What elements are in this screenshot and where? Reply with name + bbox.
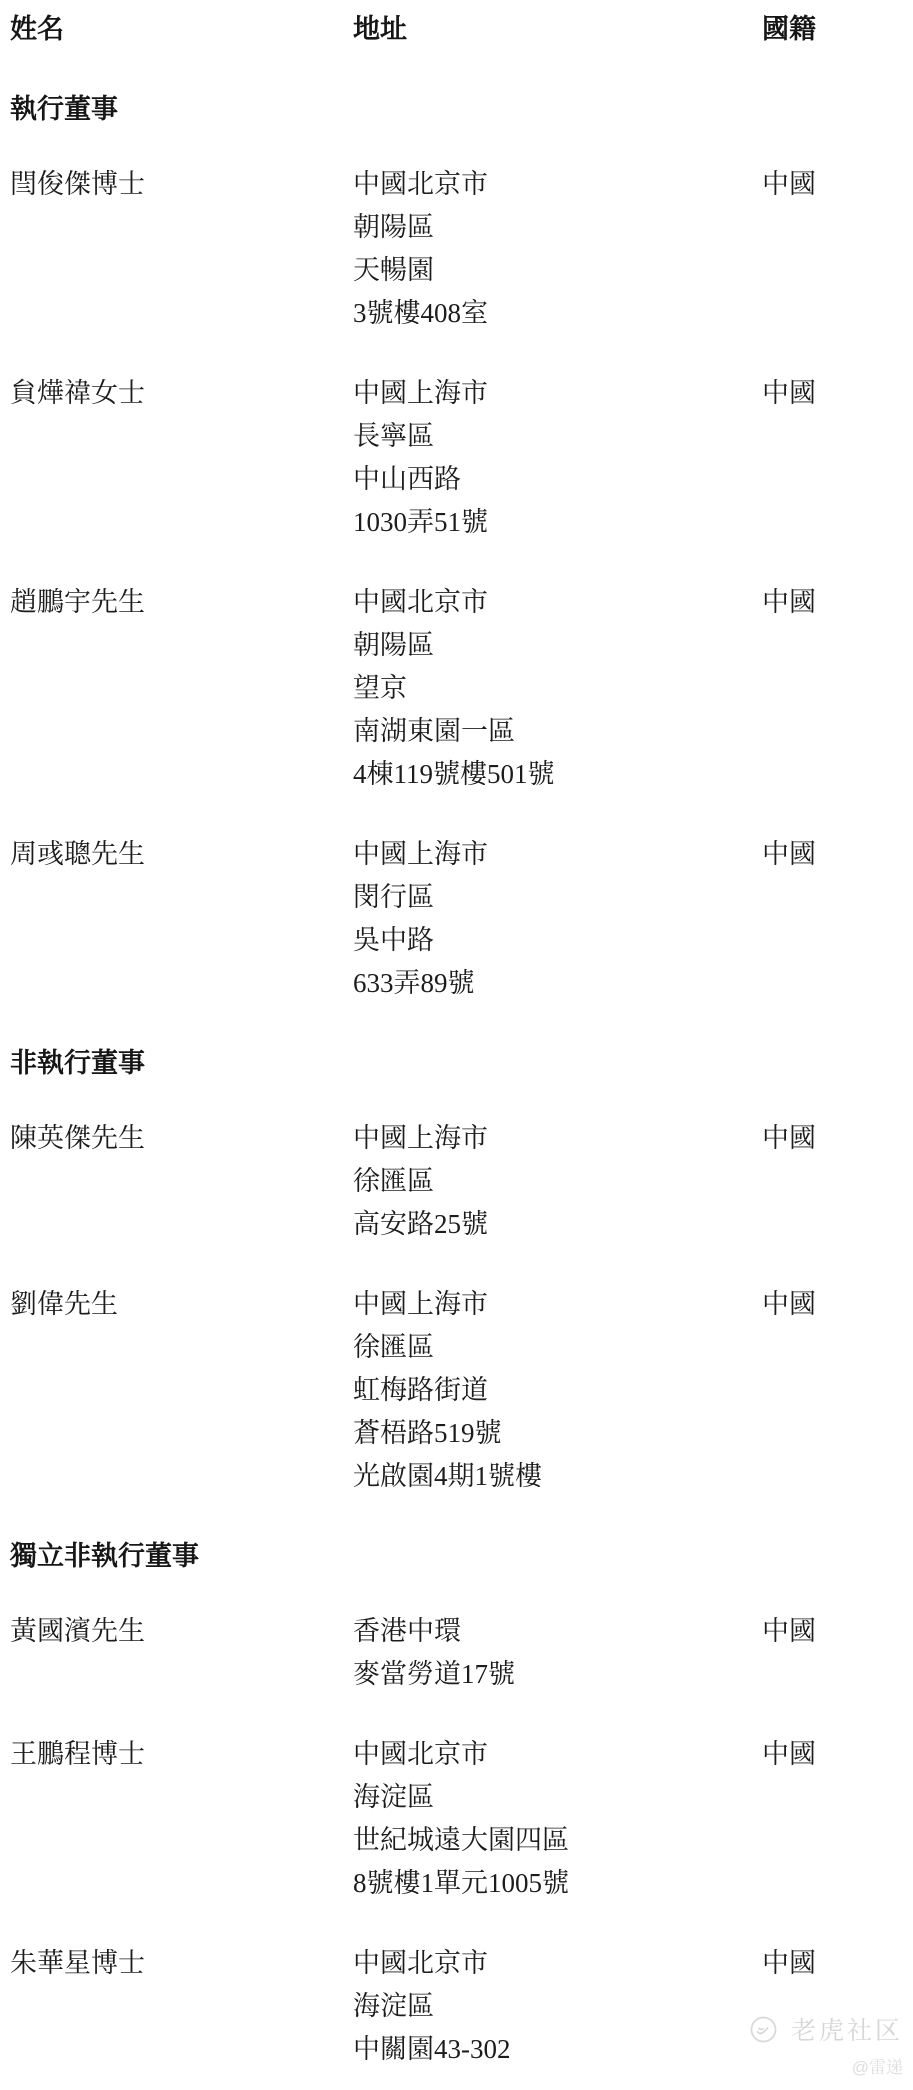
address-line: 4棟119號樓501號 <box>353 753 762 796</box>
address-line: 中國北京市 <box>353 163 762 206</box>
section-2: 獨立非執行董事黃國濱先生香港中環麥當勞道17號中國王鵬程博士中國北京市海淀區世紀… <box>10 1535 913 2071</box>
address-line: 8號樓1單元1005號 <box>353 1862 762 1905</box>
address-line: 蒼梧路519號 <box>353 1412 762 1455</box>
sections-container: 執行董事閆俊傑博士中國北京市朝陽區天暢園3號樓408室中國貟燁禕女士中國上海市長… <box>10 88 913 2071</box>
director-name: 劉偉先生 <box>10 1283 353 1326</box>
address-line: 吳中路 <box>353 919 762 962</box>
address-line: 中國北京市 <box>353 1942 762 1985</box>
address-line: 徐匯區 <box>353 1160 762 1203</box>
director-nationality: 中國 <box>762 1733 913 1776</box>
director-name: 王鵬程博士 <box>10 1733 353 1776</box>
address-line: 3號樓408室 <box>353 292 762 335</box>
director-nationality: 中國 <box>762 163 913 206</box>
table-header-row: 姓名 地址 國籍 <box>10 8 913 51</box>
address-line: 朝陽區 <box>353 624 762 667</box>
address-line: 中國上海市 <box>353 1283 762 1326</box>
directors-table: 姓名 地址 國籍 執行董事閆俊傑博士中國北京市朝陽區天暢園3號樓408室中國貟燁… <box>0 0 913 2071</box>
director-row: 陳英傑先生中國上海市徐匯區高安路25號中國 <box>10 1117 913 1246</box>
director-nationality: 中國 <box>762 1942 913 1985</box>
director-row: 貟燁禕女士中國上海市長寧區中山西路1030弄51號中國 <box>10 372 913 544</box>
address-line: 中山西路 <box>353 458 762 501</box>
watermark-brand-text: 老虎社区 <box>791 2011 903 2047</box>
director-address: 中國北京市朝陽區望京南湖東園一區4棟119號樓501號 <box>353 581 762 796</box>
director-address: 中國北京市海淀區中關園43-302 <box>353 1942 762 2071</box>
director-name: 周彧聰先生 <box>10 833 353 876</box>
director-name: 貟燁禕女士 <box>10 372 353 415</box>
tiger-logo-icon <box>750 2016 777 2043</box>
director-name: 黃國濱先生 <box>10 1610 353 1653</box>
address-line: 長寧區 <box>353 415 762 458</box>
section-title: 獨立非執行董事 <box>10 1535 913 1578</box>
director-row: 趙鵬宇先生中國北京市朝陽區望京南湖東園一區4棟119號樓501號中國 <box>10 581 913 796</box>
address-line: 南湖東園一區 <box>353 710 762 753</box>
watermark-handle-text: @雷递 <box>852 2053 903 2078</box>
section-0: 執行董事閆俊傑博士中國北京市朝陽區天暢園3號樓408室中國貟燁禕女士中國上海市長… <box>10 88 913 1005</box>
director-nationality: 中國 <box>762 833 913 876</box>
address-line: 香港中環 <box>353 1610 762 1653</box>
director-nationality: 中國 <box>762 1283 913 1326</box>
address-line: 望京 <box>353 667 762 710</box>
director-address: 中國上海市徐匯區虹梅路街道蒼梧路519號光啟園4期1號樓 <box>353 1283 762 1498</box>
director-address: 中國上海市閔行區吳中路633弄89號 <box>353 833 762 1005</box>
director-nationality: 中國 <box>762 581 913 624</box>
address-line: 麥當勞道17號 <box>353 1653 762 1696</box>
address-line: 1030弄51號 <box>353 501 762 544</box>
address-line: 633弄89號 <box>353 962 762 1005</box>
address-line: 中關園43-302 <box>353 2028 762 2071</box>
address-line: 中國上海市 <box>353 1117 762 1160</box>
director-name: 閆俊傑博士 <box>10 163 353 206</box>
director-address: 中國上海市徐匯區高安路25號 <box>353 1117 762 1246</box>
director-address: 香港中環麥當勞道17號 <box>353 1610 762 1696</box>
address-line: 徐匯區 <box>353 1326 762 1369</box>
address-line: 中國北京市 <box>353 581 762 624</box>
director-row: 王鵬程博士中國北京市海淀區世紀城遠大園四區8號樓1單元1005號中國 <box>10 1733 913 1905</box>
director-nationality: 中國 <box>762 372 913 415</box>
watermark: 老虎社区 @雷递 <box>750 2011 903 2078</box>
director-nationality: 中國 <box>762 1610 913 1653</box>
director-name: 趙鵬宇先生 <box>10 581 353 624</box>
address-line: 世紀城遠大園四區 <box>353 1819 762 1862</box>
address-line: 中國上海市 <box>353 833 762 876</box>
watermark-top: 老虎社区 <box>750 2011 903 2047</box>
director-nationality: 中國 <box>762 1117 913 1160</box>
director-row: 黃國濱先生香港中環麥當勞道17號中國 <box>10 1610 913 1696</box>
director-address: 中國北京市朝陽區天暢園3號樓408室 <box>353 163 762 335</box>
director-address: 中國北京市海淀區世紀城遠大園四區8號樓1單元1005號 <box>353 1733 762 1905</box>
address-line: 海淀區 <box>353 1776 762 1819</box>
address-line: 閔行區 <box>353 876 762 919</box>
address-line: 光啟園4期1號樓 <box>353 1455 762 1498</box>
section-title: 非執行董事 <box>10 1042 913 1085</box>
address-line: 中國上海市 <box>353 372 762 415</box>
section-1: 非執行董事陳英傑先生中國上海市徐匯區高安路25號中國劉偉先生中國上海市徐匯區虹梅… <box>10 1042 913 1498</box>
director-row: 閆俊傑博士中國北京市朝陽區天暢園3號樓408室中國 <box>10 163 913 335</box>
director-address: 中國上海市長寧區中山西路1030弄51號 <box>353 372 762 544</box>
address-line: 天暢園 <box>353 249 762 292</box>
address-line: 朝陽區 <box>353 206 762 249</box>
address-line: 海淀區 <box>353 1985 762 2028</box>
address-line: 虹梅路街道 <box>353 1369 762 1412</box>
director-row: 劉偉先生中國上海市徐匯區虹梅路街道蒼梧路519號光啟園4期1號樓中國 <box>10 1283 913 1498</box>
section-title: 執行董事 <box>10 88 913 131</box>
director-name: 朱華星博士 <box>10 1942 353 1985</box>
address-line: 中國北京市 <box>353 1733 762 1776</box>
address-line: 高安路25號 <box>353 1203 762 1246</box>
column-header-address: 地址 <box>353 8 762 51</box>
column-header-nationality: 國籍 <box>762 8 913 51</box>
column-header-name: 姓名 <box>10 8 353 51</box>
director-row: 周彧聰先生中國上海市閔行區吳中路633弄89號中國 <box>10 833 913 1005</box>
director-name: 陳英傑先生 <box>10 1117 353 1160</box>
